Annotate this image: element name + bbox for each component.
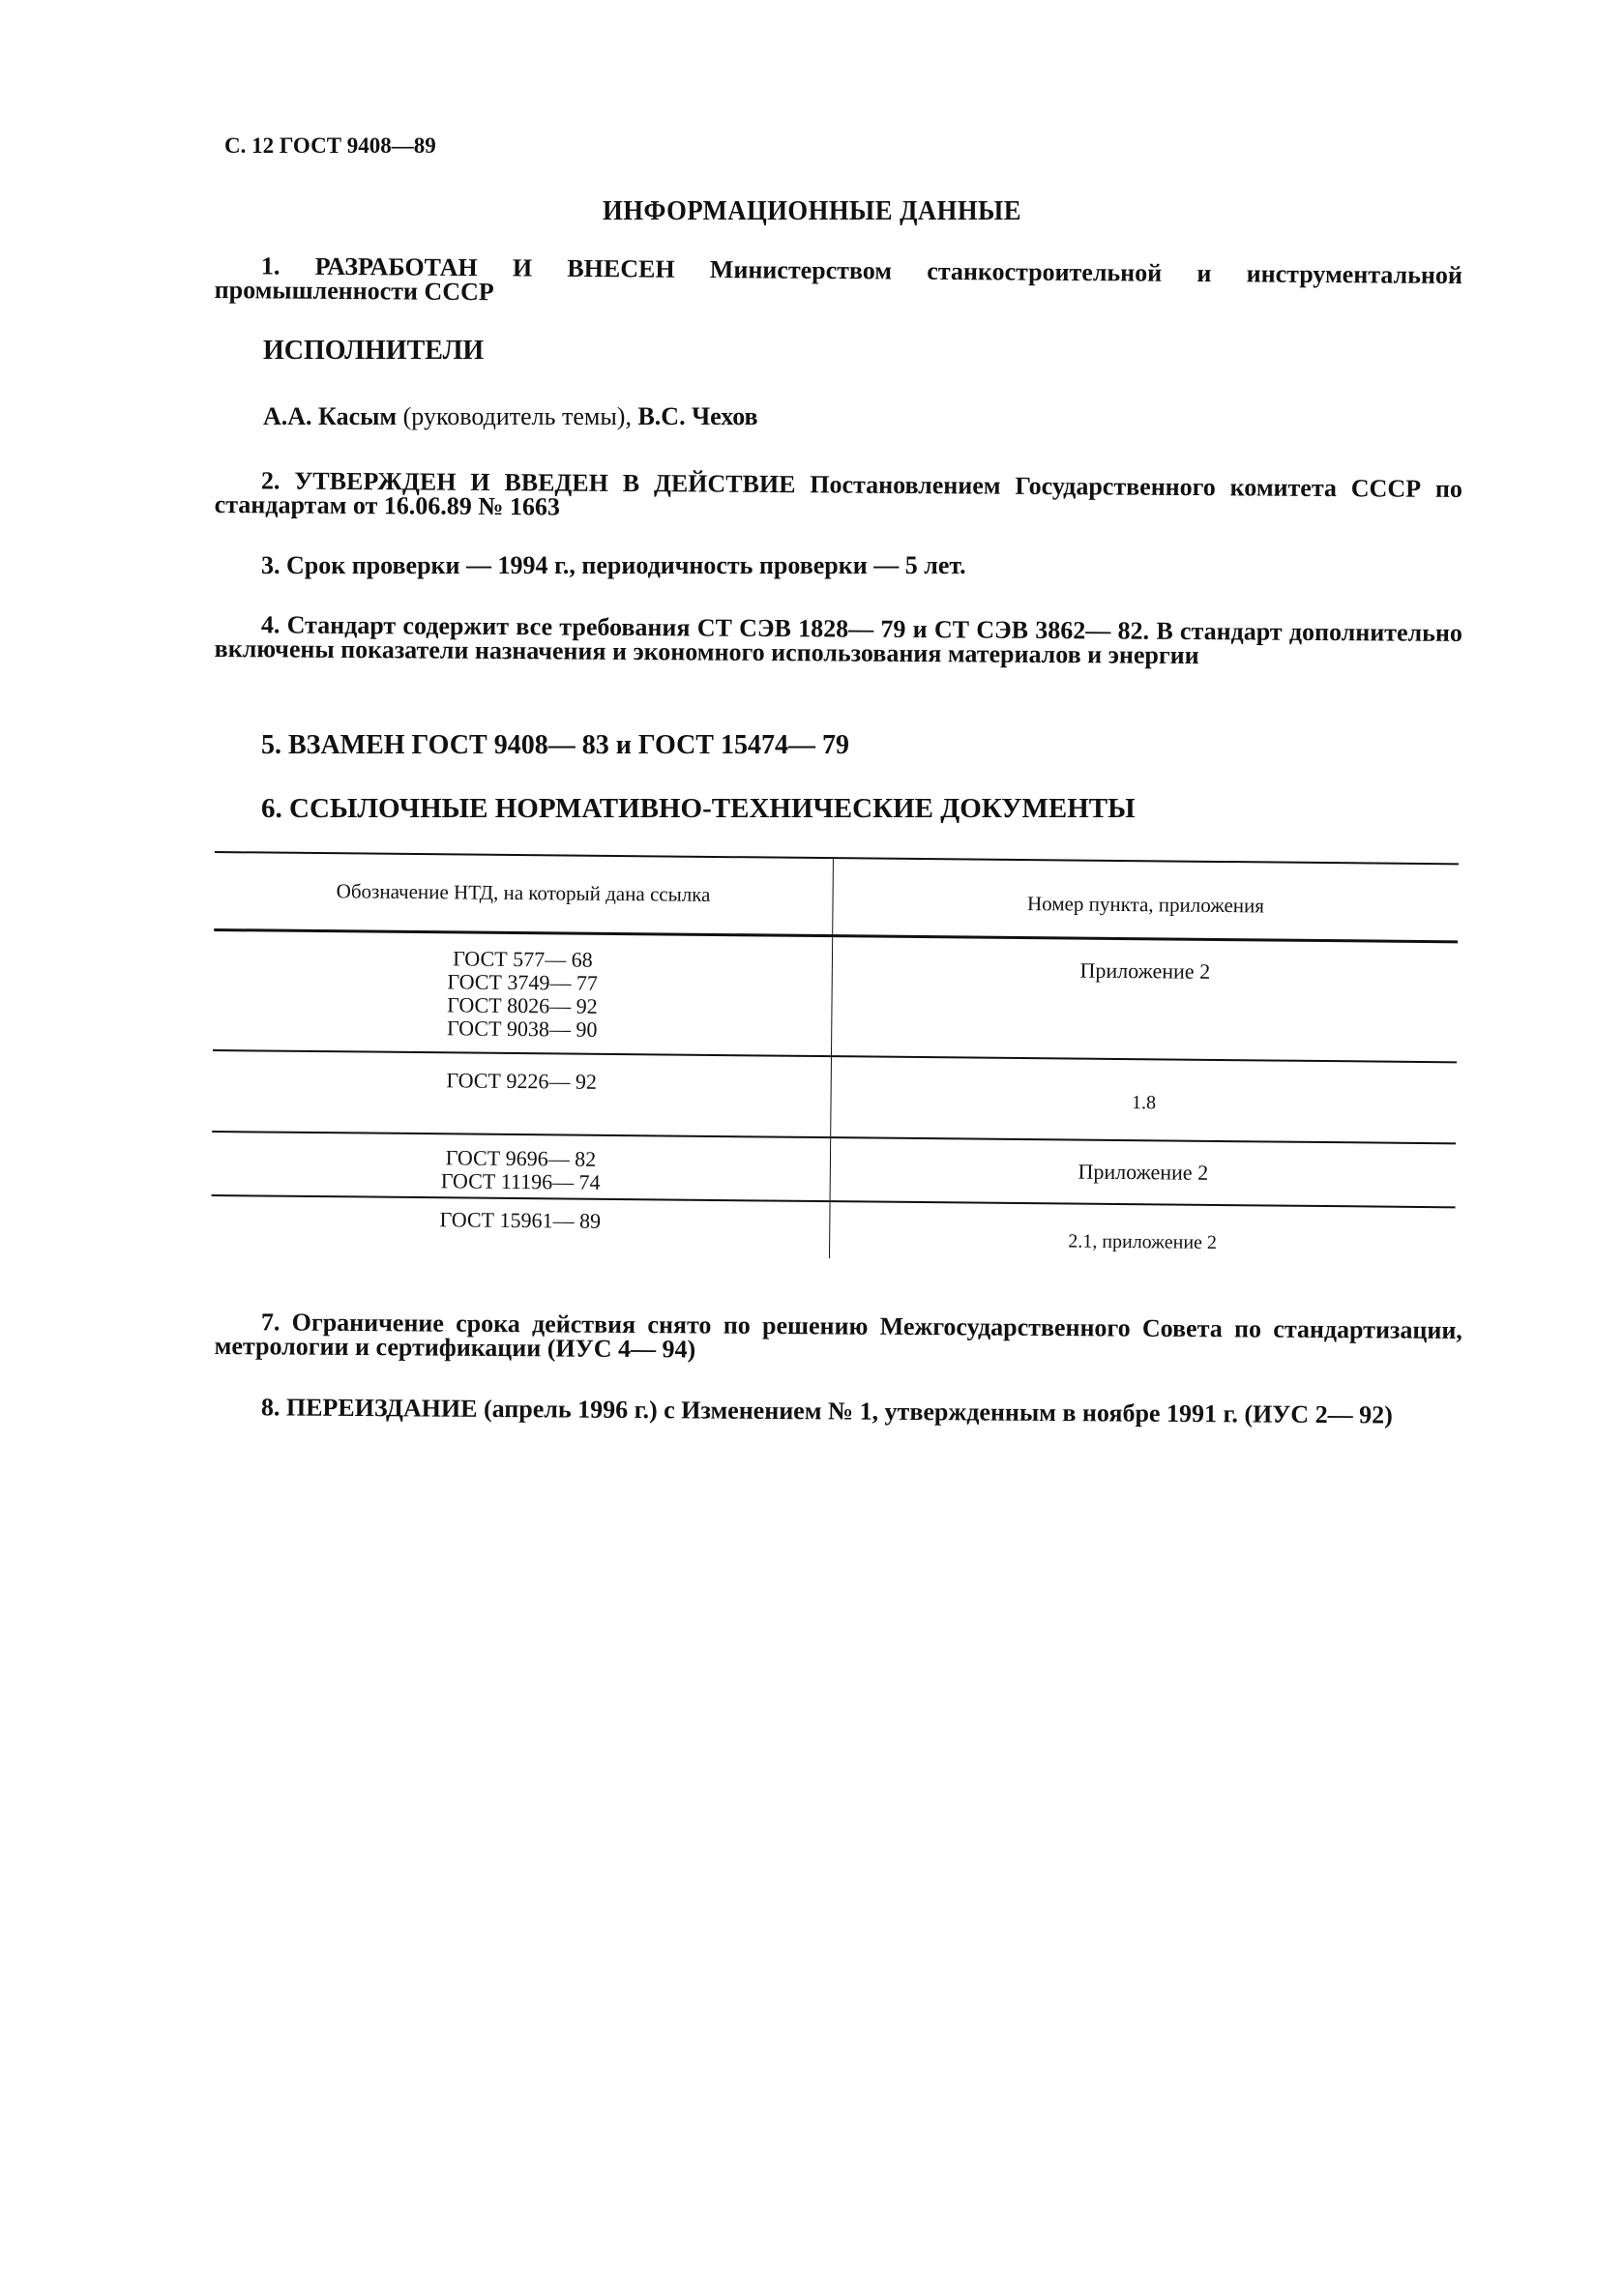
table-cell-ref: 2.1, приложение 2 (830, 1202, 1456, 1264)
performer-1-name: А.А. Касым (263, 402, 397, 430)
paragraph-2: 2. УТВЕРЖДЕН И ВВЕДЕН В ДЕЙСТВИЕ Постано… (215, 468, 1462, 525)
table-cell-docs: ГОСТ 577— 68 ГОСТ 3749— 77 ГОСТ 8026— 92… (213, 931, 833, 1055)
paragraph-3: 3. Срок проверки — 1994 г., периодичност… (261, 553, 966, 577)
doc-ref: ГОСТ 9226— 92 (213, 1067, 831, 1096)
paragraph-7: 7. Ограничение срока действия снято по р… (215, 1310, 1462, 1367)
paragraph-8-text: (апрель 1996 г.) с Изменением № 1, утвер… (484, 1395, 1393, 1429)
table-cell-ref: Приложение 2 (832, 937, 1458, 1061)
performer-1-role: (руководитель темы), (403, 402, 632, 430)
table-row: ГОСТ 577— 68 ГОСТ 3749— 77 ГОСТ 8026— 92… (213, 931, 1458, 1063)
paragraph-8: 8. ПЕРЕИЗДАНИЕ (апрель 1996 г.) с Измене… (215, 1395, 1462, 1428)
table-cell-docs: ГОСТ 15961— 89 (211, 1196, 831, 1258)
table-cell-ref: 1.8 (831, 1057, 1457, 1142)
doc-ref: ГОСТ 9038— 90 (213, 1015, 831, 1044)
paragraph-8-lead: 8. ПЕРЕИЗДАНИЕ (261, 1393, 478, 1423)
table-header-clause: Номер пункта, приложения (833, 859, 1459, 940)
paragraph-4: 4. Стандарт содержит все требования СТ С… (215, 612, 1462, 669)
performer-2-name: В.С. Чехов (637, 402, 757, 430)
table-row: ГОСТ 9226— 92 1.8 (212, 1051, 1457, 1144)
table-cell-docs: ГОСТ 9226— 92 (212, 1051, 832, 1136)
paragraph-6-heading: 6. ССЫЛОЧНЫЕ НОРМАТИВНО-ТЕХНИЧЕСКИЕ ДОКУ… (261, 793, 1136, 825)
document-title: ИНФОРМАЦИОННЫЕ ДАННЫЕ (65, 195, 1559, 227)
paragraph-1: 1. РАЗРАБОТАН И ВНЕСЕН Министерством ста… (215, 253, 1462, 311)
table-cell-docs: ГОСТ 9696— 82 ГОСТ 11196— 74 (212, 1133, 832, 1200)
doc-ref: ГОСТ 11196— 74 (212, 1167, 830, 1196)
table-header-row: Обозначение НТД, на который дана ссылка … (214, 851, 1459, 943)
table-header-designation: Обозначение НТД, на который дана ссылка (214, 853, 834, 934)
page-header: С. 12 ГОСТ 9408—89 (224, 133, 436, 159)
performers-list: А.А. Касым (руководитель темы), В.С. Чех… (263, 402, 758, 431)
table-cell-ref: Приложение 2 (831, 1138, 1457, 1206)
doc-ref: ГОСТ 15961— 89 (211, 1206, 829, 1235)
reference-table: Обозначение НТД, на который дана ссылка … (211, 851, 1459, 1264)
table-row: ГОСТ 9696— 82 ГОСТ 11196— 74 Приложение … (212, 1133, 1457, 1208)
paragraph-5: 5. ВЗАМЕН ГОСТ 9408— 83 и ГОСТ 15474— 79 (261, 733, 849, 757)
table-row: ГОСТ 15961— 89 2.1, приложение 2 (211, 1196, 1455, 1264)
performers-heading: ИСПОЛНИТЕЛИ (263, 336, 484, 367)
